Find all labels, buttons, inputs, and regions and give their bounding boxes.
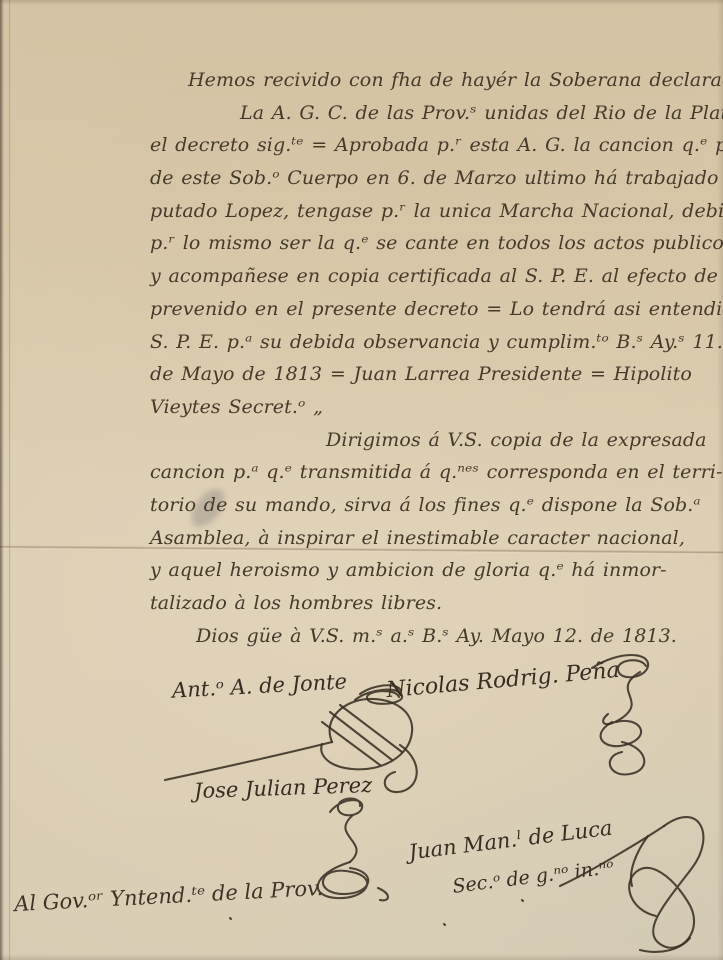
rubric-flourish-jonte (165, 685, 417, 792)
rubric-flourish-perez (318, 799, 388, 901)
rubric-flourish-pena (592, 655, 648, 774)
manuscript-page: Hemos recivido con fha de hayér la Sober… (0, 0, 723, 960)
rubric-flourish-luca (560, 817, 703, 952)
ink-dots (230, 900, 523, 925)
signature-flourishes (0, 0, 723, 960)
